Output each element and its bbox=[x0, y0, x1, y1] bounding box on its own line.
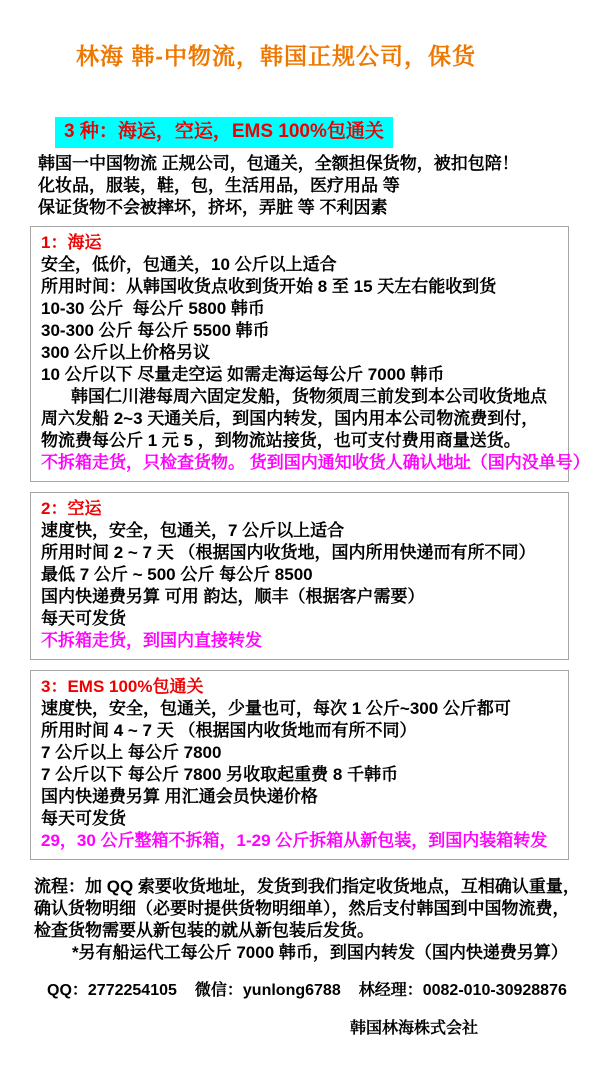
section-line: 300 公斤以上价格另议 bbox=[41, 342, 558, 364]
flyer-page: 林海 韩-中物流，韩国正规公司，保货 3 种：海运，空运，EMS 100%包通关… bbox=[0, 38, 608, 1038]
section-heading: 2：空运 bbox=[41, 498, 558, 520]
page-title: 林海 韩-中物流，韩国正规公司，保货 bbox=[0, 38, 552, 71]
section-note: 不拆箱走货，只检查货物。 货到国内通知收货人确认地址（国内没单号） bbox=[41, 452, 558, 474]
intro-line: 韩国一中国物流 正规公司，包通关，全额担保货物，被扣包陪！ bbox=[38, 153, 608, 175]
service-types-highlight: 3 种：海运，空运，EMS 100%包通关 bbox=[55, 117, 393, 148]
section-line: 物流费每公斤 1 元 5 ，到物流站接货，也可支付费用商量送货。 bbox=[41, 430, 558, 452]
section-heading: 1：海运 bbox=[41, 232, 558, 254]
section-line: 国内快递费另算 可用 韵达，顺丰（根据客户需要） bbox=[41, 586, 558, 608]
section-box-ems: 3：EMS 100%包通关 速度快，安全，包通关，少量也可，每次 1 公斤~30… bbox=[30, 670, 569, 860]
wechat-id: yunlong6788 bbox=[243, 982, 341, 999]
section-note: 不拆箱走货，到国内直接转发 bbox=[41, 630, 558, 652]
section-heading: 3：EMS 100%包通关 bbox=[41, 676, 558, 698]
process-line: *另有船运代工每公斤 7000 韩币，到国内转发（国内快递费另算） bbox=[34, 942, 608, 964]
section-line: 10 公斤以下 尽量走空运 如需走海运每公斤 7000 韩币 bbox=[41, 364, 558, 386]
section-box-sea-freight: 1：海运 安全，低价，包通关，10 公斤以上适合 所用时间：从韩国收货点收到货开… bbox=[30, 226, 569, 482]
section-line: 国内快递费另算 用汇通会员快递价格 bbox=[41, 786, 558, 808]
section-line: 所用时间 2 ~ 7 天 （根据国内收货地，国内所用快递而有所不同） bbox=[41, 542, 558, 564]
wechat-label: 微信： bbox=[195, 982, 243, 999]
section-line: 最低 7 公斤 ~ 500 公斤 每公斤 8500 bbox=[41, 564, 558, 586]
section-line: 10-30 公斤 每公斤 5800 韩币 bbox=[41, 298, 558, 320]
intro-paragraph: 韩国一中国物流 正规公司，包通关，全额担保货物，被扣包陪！ 化妆品，服装，鞋，包… bbox=[38, 153, 608, 219]
qq-number: 2772254105 bbox=[88, 982, 177, 999]
process-line: 流程：加 QQ 索要收货地址，发货到我们指定收货地点，互相确认重量， bbox=[34, 876, 608, 898]
process-paragraph: 流程：加 QQ 索要收货地址，发货到我们指定收货地点，互相确认重量， 确认货物明… bbox=[34, 876, 608, 964]
section-line: 韩国仁川港每周六固定发船，货物须周三前发到本公司收货地点 bbox=[41, 386, 558, 408]
section-line: 30-300 公斤 每公斤 5500 韩币 bbox=[41, 320, 558, 342]
section-line: 每天可发货 bbox=[41, 808, 558, 830]
section-line: 周六发船 2~3 天通关后，到国内转发，国内用本公司物流费到付， bbox=[41, 408, 558, 430]
contact-line: QQ：2772254105微信：yunlong6788林经理：0082-010-… bbox=[47, 977, 608, 1000]
qq-label: QQ： bbox=[47, 982, 88, 999]
intro-line: 化妆品，服装，鞋，包，生活用品，医疗用品 等 bbox=[38, 175, 608, 197]
highlight-row: 3 种：海运，空运，EMS 100%包通关 bbox=[55, 117, 608, 148]
section-line: 7 公斤以上 每公斤 7800 bbox=[41, 742, 558, 764]
section-box-air-freight: 2：空运 速度快，安全，包通关，7 公斤以上适合 所用时间 2 ~ 7 天 （根… bbox=[30, 492, 569, 660]
manager-label: 林经理： bbox=[359, 982, 423, 999]
process-line: 检查货物需要从新包装的就从新包装后发货。 bbox=[34, 920, 608, 942]
company-footer: 韩国林海株式会社 bbox=[0, 1015, 608, 1038]
section-line: 每天可发货 bbox=[41, 608, 558, 630]
section-line: 速度快，安全，包通关，7 公斤以上适合 bbox=[41, 520, 558, 542]
section-line: 所用时间：从韩国收货点收到货开始 8 至 15 天左右能收到货 bbox=[41, 276, 558, 298]
section-line: 7 公斤以下 每公斤 7800 另收取起重费 8 千韩币 bbox=[41, 764, 558, 786]
section-line: 速度快，安全，包通关，少量也可，每次 1 公斤~300 公斤都可 bbox=[41, 698, 558, 720]
section-line: 安全，低价，包通关，10 公斤以上适合 bbox=[41, 254, 558, 276]
process-line: 确认货物明细（必要时提供货物明细单），然后支付韩国到中国物流费， bbox=[34, 898, 608, 920]
intro-line: 保证货物不会被摔坏，挤坏，弄脏 等 不利因素 bbox=[38, 197, 608, 219]
section-line: 所用时间 4 ~ 7 天 （根据国内收货地而有所不同） bbox=[41, 720, 558, 742]
manager-phone: 0082-010-30928876 bbox=[423, 982, 567, 999]
section-note: 29，30 公斤整箱不拆箱，1-29 公斤拆箱从新包装，到国内装箱转发 bbox=[41, 830, 558, 852]
